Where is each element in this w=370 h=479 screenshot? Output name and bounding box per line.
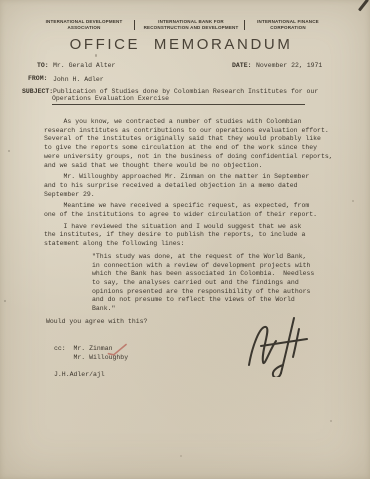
letterhead-divider (134, 20, 135, 30)
paper-speck (4, 300, 6, 302)
to-value: Mr. Gerald Alter (53, 62, 115, 69)
paragraph-2: Mr. Willoughby approached Mr. Zinman on … (44, 173, 360, 199)
paper-speck (95, 54, 97, 57)
letterhead-org-ida: INTERNATIONAL DEVELOPMENT ASSOCIATION (38, 19, 130, 30)
paragraph-3: Meantime we have received a specific req… (44, 202, 360, 219)
letterhead-divider (244, 20, 245, 30)
date-value: November 22, 1971 (256, 62, 322, 69)
org-ifc-line1: INTERNATIONAL FINANCE (251, 19, 325, 25)
to-label: TO: (37, 62, 49, 69)
signature-icon (243, 315, 313, 377)
paper-speck (330, 420, 332, 422)
paragraph-4: I have reviewed the situation and I woul… (44, 223, 360, 249)
date-label: DATE: (232, 62, 252, 69)
subject-label: SUBJECT: (22, 88, 53, 95)
org-ida-line1: INTERNATIONAL DEVELOPMENT (38, 19, 130, 25)
scanned-memo-page: { "document": { "letterhead": { "org1": … (0, 0, 370, 479)
letterhead-org-ibrd: INTERNATIONAL BANK FOR RECONSTRUCTION AN… (141, 19, 241, 30)
page-title: OFFICE MEMORANDUM (0, 36, 362, 53)
paper-speck (352, 200, 354, 202)
subject-line2-underlined: Operations Evaluation Exercise (52, 95, 305, 105)
paper-speck (180, 455, 182, 457)
org-ida-line2: ASSOCIATION (38, 25, 130, 31)
typist-initials: J.H.Adler/ajl (54, 371, 360, 380)
org-ifc-line2: CORPORATION (251, 25, 325, 31)
paper-speck (8, 150, 10, 152)
paragraph-1: As you know, we contracted a number of s… (44, 118, 360, 170)
quoted-statement: "This study was done, at the request of … (92, 253, 360, 314)
subject-line1: Publication of Studies done by Colombian… (53, 88, 318, 95)
org-ibrd-line2: RECONSTRUCTION AND DEVELOPMENT (141, 25, 241, 31)
from-label: FROM: (28, 75, 48, 82)
letterhead-org-ifc: INTERNATIONAL FINANCE CORPORATION (251, 19, 325, 30)
from-value: John H. Adler (53, 76, 104, 83)
cc-list: cc: Mr. Zinman Mr. Willoughby (54, 345, 360, 362)
